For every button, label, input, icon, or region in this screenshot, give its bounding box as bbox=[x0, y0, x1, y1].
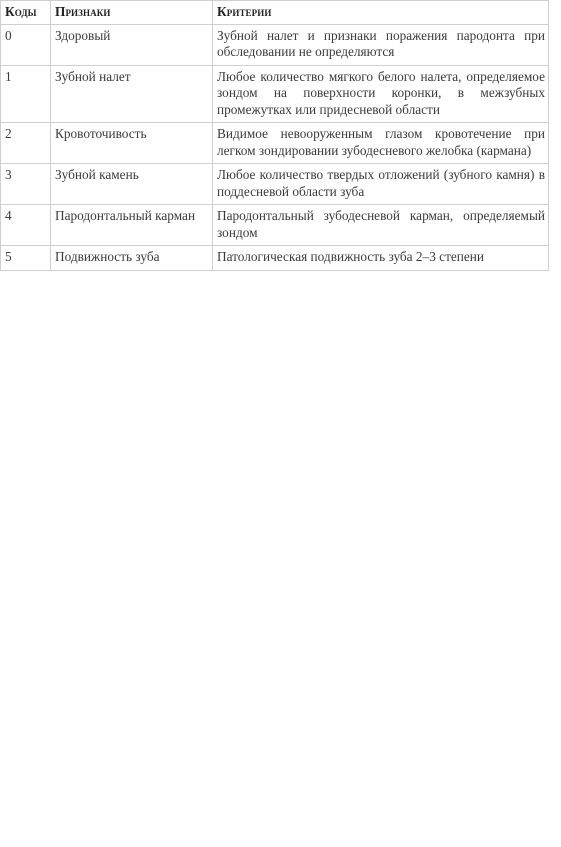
cell-code: 3 bbox=[1, 164, 51, 205]
header-criteria: Критерии bbox=[213, 1, 549, 25]
table-row: 4 Пародонтальный карман Пародонтальный з… bbox=[1, 205, 549, 246]
cell-code: 5 bbox=[1, 246, 51, 271]
cell-criteria: Видимое невооруженным глазом кровотечени… bbox=[213, 123, 549, 164]
table-row: 0 Здоровый Зубной налет и признаки пораж… bbox=[1, 24, 549, 65]
cell-criteria: Любое количество твердых отложений (зубн… bbox=[213, 164, 549, 205]
table-row: 1 Зубной налет Любое количество мягкого … bbox=[1, 65, 549, 123]
table-header: Коды Признаки Критерии bbox=[1, 1, 549, 25]
cell-code: 0 bbox=[1, 24, 51, 65]
cell-criteria: Зубной налет и признаки поражения пародо… bbox=[213, 24, 549, 65]
cell-sign: Подвижность зуба bbox=[51, 246, 213, 271]
cell-sign: Зубной камень bbox=[51, 164, 213, 205]
periodontal-criteria-table: Коды Признаки Критерии 0 Здоровый Зубной… bbox=[0, 0, 549, 271]
cell-sign: Пародонтальный карман bbox=[51, 205, 213, 246]
cell-sign: Кровоточивость bbox=[51, 123, 213, 164]
table-row: 2 Кровоточивость Видимое невооруженным г… bbox=[1, 123, 549, 164]
cell-code: 2 bbox=[1, 123, 51, 164]
cell-sign: Зубной налет bbox=[51, 65, 213, 123]
table-row: 3 Зубной камень Любое количество твердых… bbox=[1, 164, 549, 205]
header-signs: Признаки bbox=[51, 1, 213, 25]
cell-criteria: Любое количество мягкого белого налета, … bbox=[213, 65, 549, 123]
table-row: 5 Подвижность зуба Патологическая подвиж… bbox=[1, 246, 549, 271]
cell-code: 1 bbox=[1, 65, 51, 123]
header-codes: Коды bbox=[1, 1, 51, 25]
cell-criteria: Патологическая подвижность зуба 2–3 степ… bbox=[213, 246, 549, 271]
cell-criteria: Пародонтальный зубодесневой карман, опре… bbox=[213, 205, 549, 246]
cell-code: 4 bbox=[1, 205, 51, 246]
table-body: 0 Здоровый Зубной налет и признаки пораж… bbox=[1, 24, 549, 270]
cell-sign: Здоровый bbox=[51, 24, 213, 65]
header-row: Коды Признаки Критерии bbox=[1, 1, 549, 25]
